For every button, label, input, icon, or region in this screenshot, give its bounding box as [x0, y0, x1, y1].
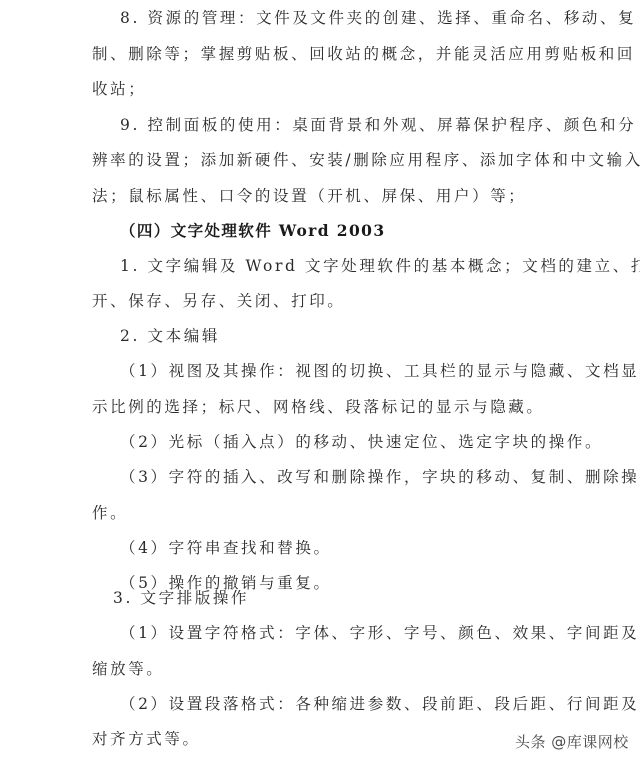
paragraph-8-line-1: 8. 资源的管理：文件及文件夹的创建、选择、重命名、移动、复	[120, 8, 636, 28]
item-2-heading: 2. 文本编辑	[120, 326, 220, 346]
watermark: 头条 @库课网校	[515, 731, 629, 752]
subitem-2-3-line-2: 作。	[92, 503, 128, 523]
subitem-3-2-line-2: 对齐方式等。	[92, 729, 201, 749]
paragraph-9-line-1: 9. 控制面板的使用：桌面背景和外观、屏幕保护程序、颜色和分	[120, 115, 636, 135]
paragraph-8-line-2: 制、删除等；掌握剪贴板、回收站的概念，并能灵活应用剪贴板和回	[92, 44, 635, 64]
subitem-3-2-line-1: （2）设置段落格式：各种缩进参数、段前距、段后距、行间距及	[120, 694, 639, 714]
subitem-2-3-line-1: （3）字符的插入、改写和删除操作，字块的移动、复制、删除操	[120, 467, 639, 487]
subitem-2-1-line-2: 示比例的选择；标尺、网格线、段落标记的显示与隐藏。	[92, 397, 545, 417]
item-1-line-2: 开、保存、另存、关闭、打印。	[92, 291, 345, 311]
subitem-3-1-line-1: （1）设置字符格式：字体、字形、字号、颜色、效果、字间距及	[120, 623, 639, 643]
subitem-2-4: （4）字符串查找和替换。	[120, 538, 332, 558]
paragraph-8-line-3: 收站；	[92, 79, 146, 99]
item-3-heading: 3. 文字排版操作	[113, 588, 249, 608]
subitem-2-1-line-1: （1）视图及其操作：视图的切换、工具栏的显示与隐藏、文档显	[120, 361, 639, 381]
paragraph-9-line-2: 辨率的设置；添加新硬件、安装/删除应用程序、添加字体和中文输入	[92, 150, 640, 170]
paragraph-9-line-3: 法；鼠标属性、口令的设置（开机、屏保、用户）等；	[92, 186, 526, 206]
section-heading: （四）文字处理软件 Word 2003	[120, 221, 386, 241]
subitem-3-1-line-2: 缩放等。	[92, 659, 164, 679]
document-page: 8. 资源的管理：文件及文件夹的创建、选择、重命名、移动、复 制、删除等；掌握剪…	[0, 0, 640, 761]
item-1-line-1: 1. 文字编辑及 Word 文字处理软件的基本概念；文档的建立、打	[120, 256, 640, 276]
subitem-2-2: （2）光标（插入点）的移动、快速定位、选定字块的操作。	[120, 432, 603, 452]
